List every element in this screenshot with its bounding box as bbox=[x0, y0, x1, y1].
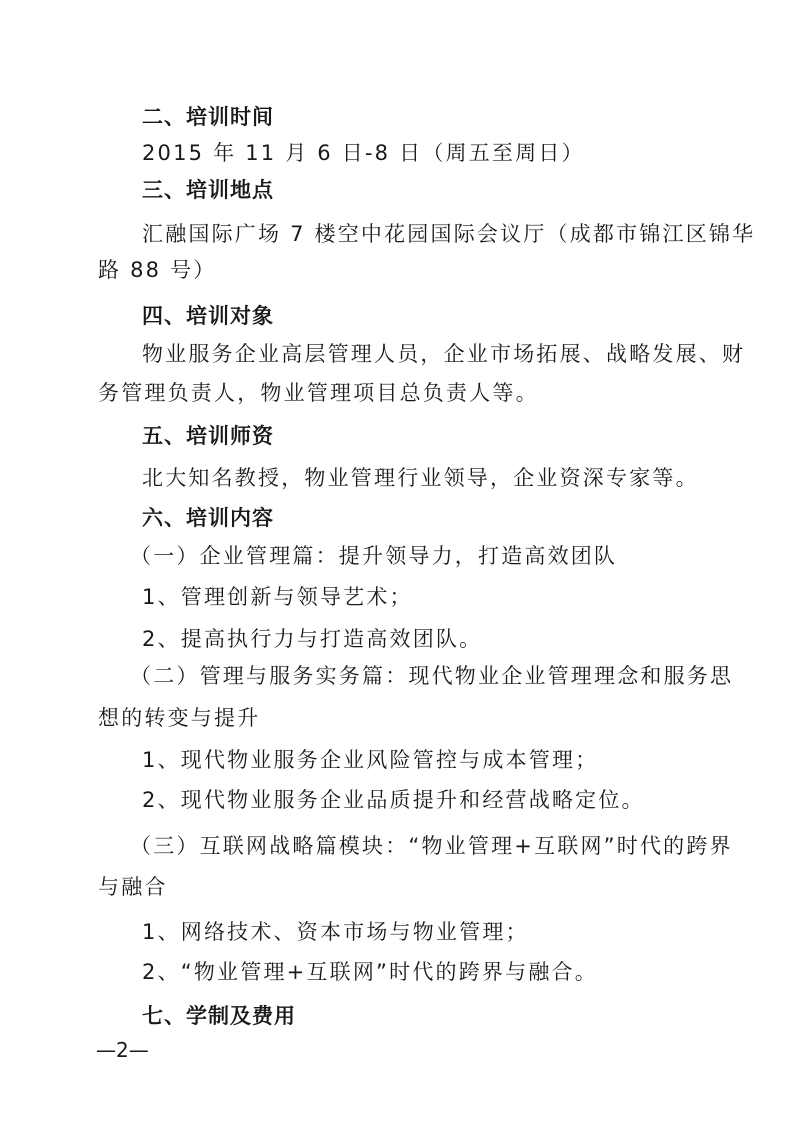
section-heading-content: 六、培训内容 bbox=[142, 504, 704, 532]
module-3-title-line2: 与融合 bbox=[98, 873, 704, 901]
module-3-item-1: 1、网络技术、资本市场与物业管理； bbox=[142, 918, 704, 946]
location-text-line2: 路 88 号） bbox=[98, 256, 704, 284]
page-number: —2— bbox=[96, 1036, 149, 1064]
time-text: 2015 年 11 月 6 日-8 日（周五至周日） bbox=[142, 139, 704, 167]
section-heading-audience: 四、培训对象 bbox=[142, 302, 704, 330]
faculty-text: 北大知名教授，物业管理行业领导，企业资深专家等。 bbox=[142, 464, 704, 492]
module-3-item-2: 2、“物业管理+互联网”时代的跨界与融合。 bbox=[142, 958, 704, 986]
module-1-item-1: 1、管理创新与领导艺术； bbox=[142, 583, 704, 611]
section-heading-time: 二、培训时间 bbox=[142, 103, 704, 131]
module-2-item-2: 2、现代物业服务企业品质提升和经营战略定位。 bbox=[142, 786, 704, 814]
location-text-line1: 汇融国际广场 7 楼空中花园国际会议厅（成都市锦江区锦华 bbox=[142, 220, 704, 248]
module-3-title-line1: （三）互联网战略篇模块：“物业管理+互联网”时代的跨界 bbox=[130, 832, 736, 860]
section-heading-fees: 七、学制及费用 bbox=[142, 1002, 704, 1030]
module-2-title-line2: 想的转变与提升 bbox=[98, 704, 704, 732]
module-1-item-2: 2、提高执行力与打造高效团队。 bbox=[142, 625, 704, 653]
section-heading-location: 三、培训地点 bbox=[142, 176, 704, 204]
section-heading-faculty: 五、培训师资 bbox=[142, 422, 704, 450]
audience-text-line2: 务管理负责人，物业管理项目总负责人等。 bbox=[98, 379, 704, 407]
module-2-item-1: 1、现代物业服务企业风险管控与成本管理； bbox=[142, 746, 704, 774]
module-2-title-line1: （二）管理与服务实务篇：现代物业企业管理理念和服务思 bbox=[130, 662, 736, 690]
module-1-title: （一）企业管理篇：提升领导力，打造高效团队 bbox=[130, 542, 736, 570]
audience-text-line1: 物业服务企业高层管理人员，企业市场拓展、战略发展、财 bbox=[142, 340, 704, 368]
